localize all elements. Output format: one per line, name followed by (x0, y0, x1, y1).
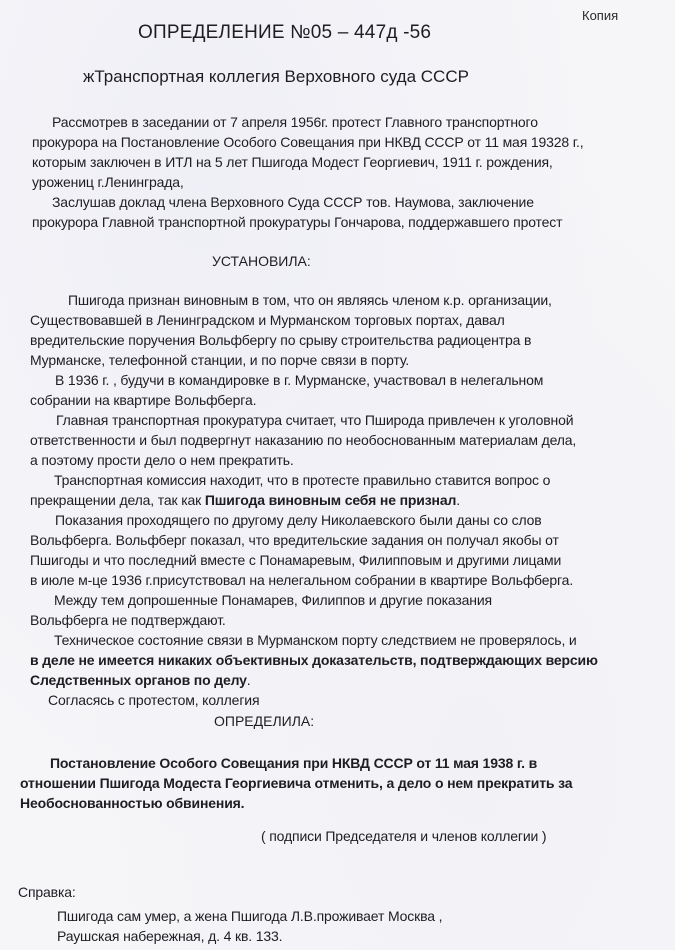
bold-not-admitted: Пшигода виновным себя не признал (205, 492, 456, 508)
decision-line: отношении Пшигода Модеста Георгиевича от… (20, 773, 572, 793)
body-line: Транспортная комиссия находит, что в про… (54, 470, 550, 490)
period: . (247, 672, 251, 688)
body-line-bold: в деле не имеется никаких объективных до… (30, 650, 598, 670)
decision-line: Постановление Особого Совещания при НКВД… (50, 753, 537, 773)
body-line: Вольфберга. Вольфберг показал, что вреди… (30, 530, 559, 550)
preamble-line: Заслушав доклад члена Верховного Суда СС… (52, 192, 534, 212)
document-title: ОПРЕДЕЛЕНИЕ №05 – 447д -56 (138, 22, 431, 44)
bold-investigative-bodies: Следственных органов по делу (30, 672, 247, 688)
document-subtitle: жТранспортная коллегия Верховного суда С… (83, 67, 469, 87)
preamble-line: прокурора Главной транспортной прокурату… (32, 212, 562, 232)
body-line: Показания проходящего по другому делу Ни… (55, 510, 542, 530)
note-line: Раушская набережная, д. 4 кв. 133. (57, 926, 282, 946)
body-text: прекращении дела, так как (30, 492, 205, 508)
body-line: Существовавшей в Ленинградском и Мурманс… (30, 310, 505, 330)
body-line: в июле м-це 1936 г.присутствовал на неле… (30, 570, 573, 590)
body-line: Главная транспортная прокуратура считает… (56, 410, 573, 430)
signatures-note: ( подписи Председателя и членов коллегии… (261, 826, 546, 846)
body-line: вредительские поручения Вольфбергу по ср… (30, 330, 531, 350)
body-line: Пшигода признан виновным в том, что он я… (68, 290, 552, 310)
body-line: Между тем допрошенные Понамарев, Филиппо… (54, 590, 492, 610)
body-line: Мурманске, телефонной станции, и по порч… (30, 350, 409, 370)
body-line: прекращении дела, так как Пшигода виновн… (30, 490, 460, 510)
period: . (456, 492, 460, 508)
body-line: собрании на квартире Вольфберга. (30, 390, 256, 410)
copy-mark: Копия (582, 8, 618, 23)
body-line: Техническое состояние связи в Мурманском… (54, 630, 577, 650)
body-line: а поэтому прости дело о нем прекратить. (30, 450, 294, 470)
preamble-line: прокурора на Постановление Особого Совещ… (32, 132, 584, 152)
body-line: ответственности и был подвергнут наказан… (30, 430, 576, 450)
decision-line: Необоснованностью обвинения. (20, 793, 244, 813)
body-line: Пшигоды и что последний вместе с Понамар… (30, 550, 561, 570)
body-line: Согласясь с протестом, коллегия (48, 690, 259, 710)
note-label: Справка: (18, 882, 76, 902)
body-line: Вольфберга не подтверждают. (30, 610, 226, 630)
section-heading-decided: ОПРЕДЕЛИЛА: (214, 713, 314, 729)
body-line: Следственных органов по делу. (30, 670, 251, 690)
preamble-line: Рассмотрев в заседании от 7 апреля 1956г… (52, 112, 538, 132)
note-line: Пшигода сам умер, а жена Пшигода Л.В.про… (57, 906, 442, 926)
preamble-line: урожениц г.Ленинграда, (32, 172, 184, 192)
preamble-line: которым заключен в ИТЛ на 5 лет Пшигода … (32, 152, 553, 172)
section-heading-established: УСТАНОВИЛА: (212, 253, 311, 269)
body-line: В 1936 г. , будучи в командировке в г. М… (55, 370, 543, 390)
